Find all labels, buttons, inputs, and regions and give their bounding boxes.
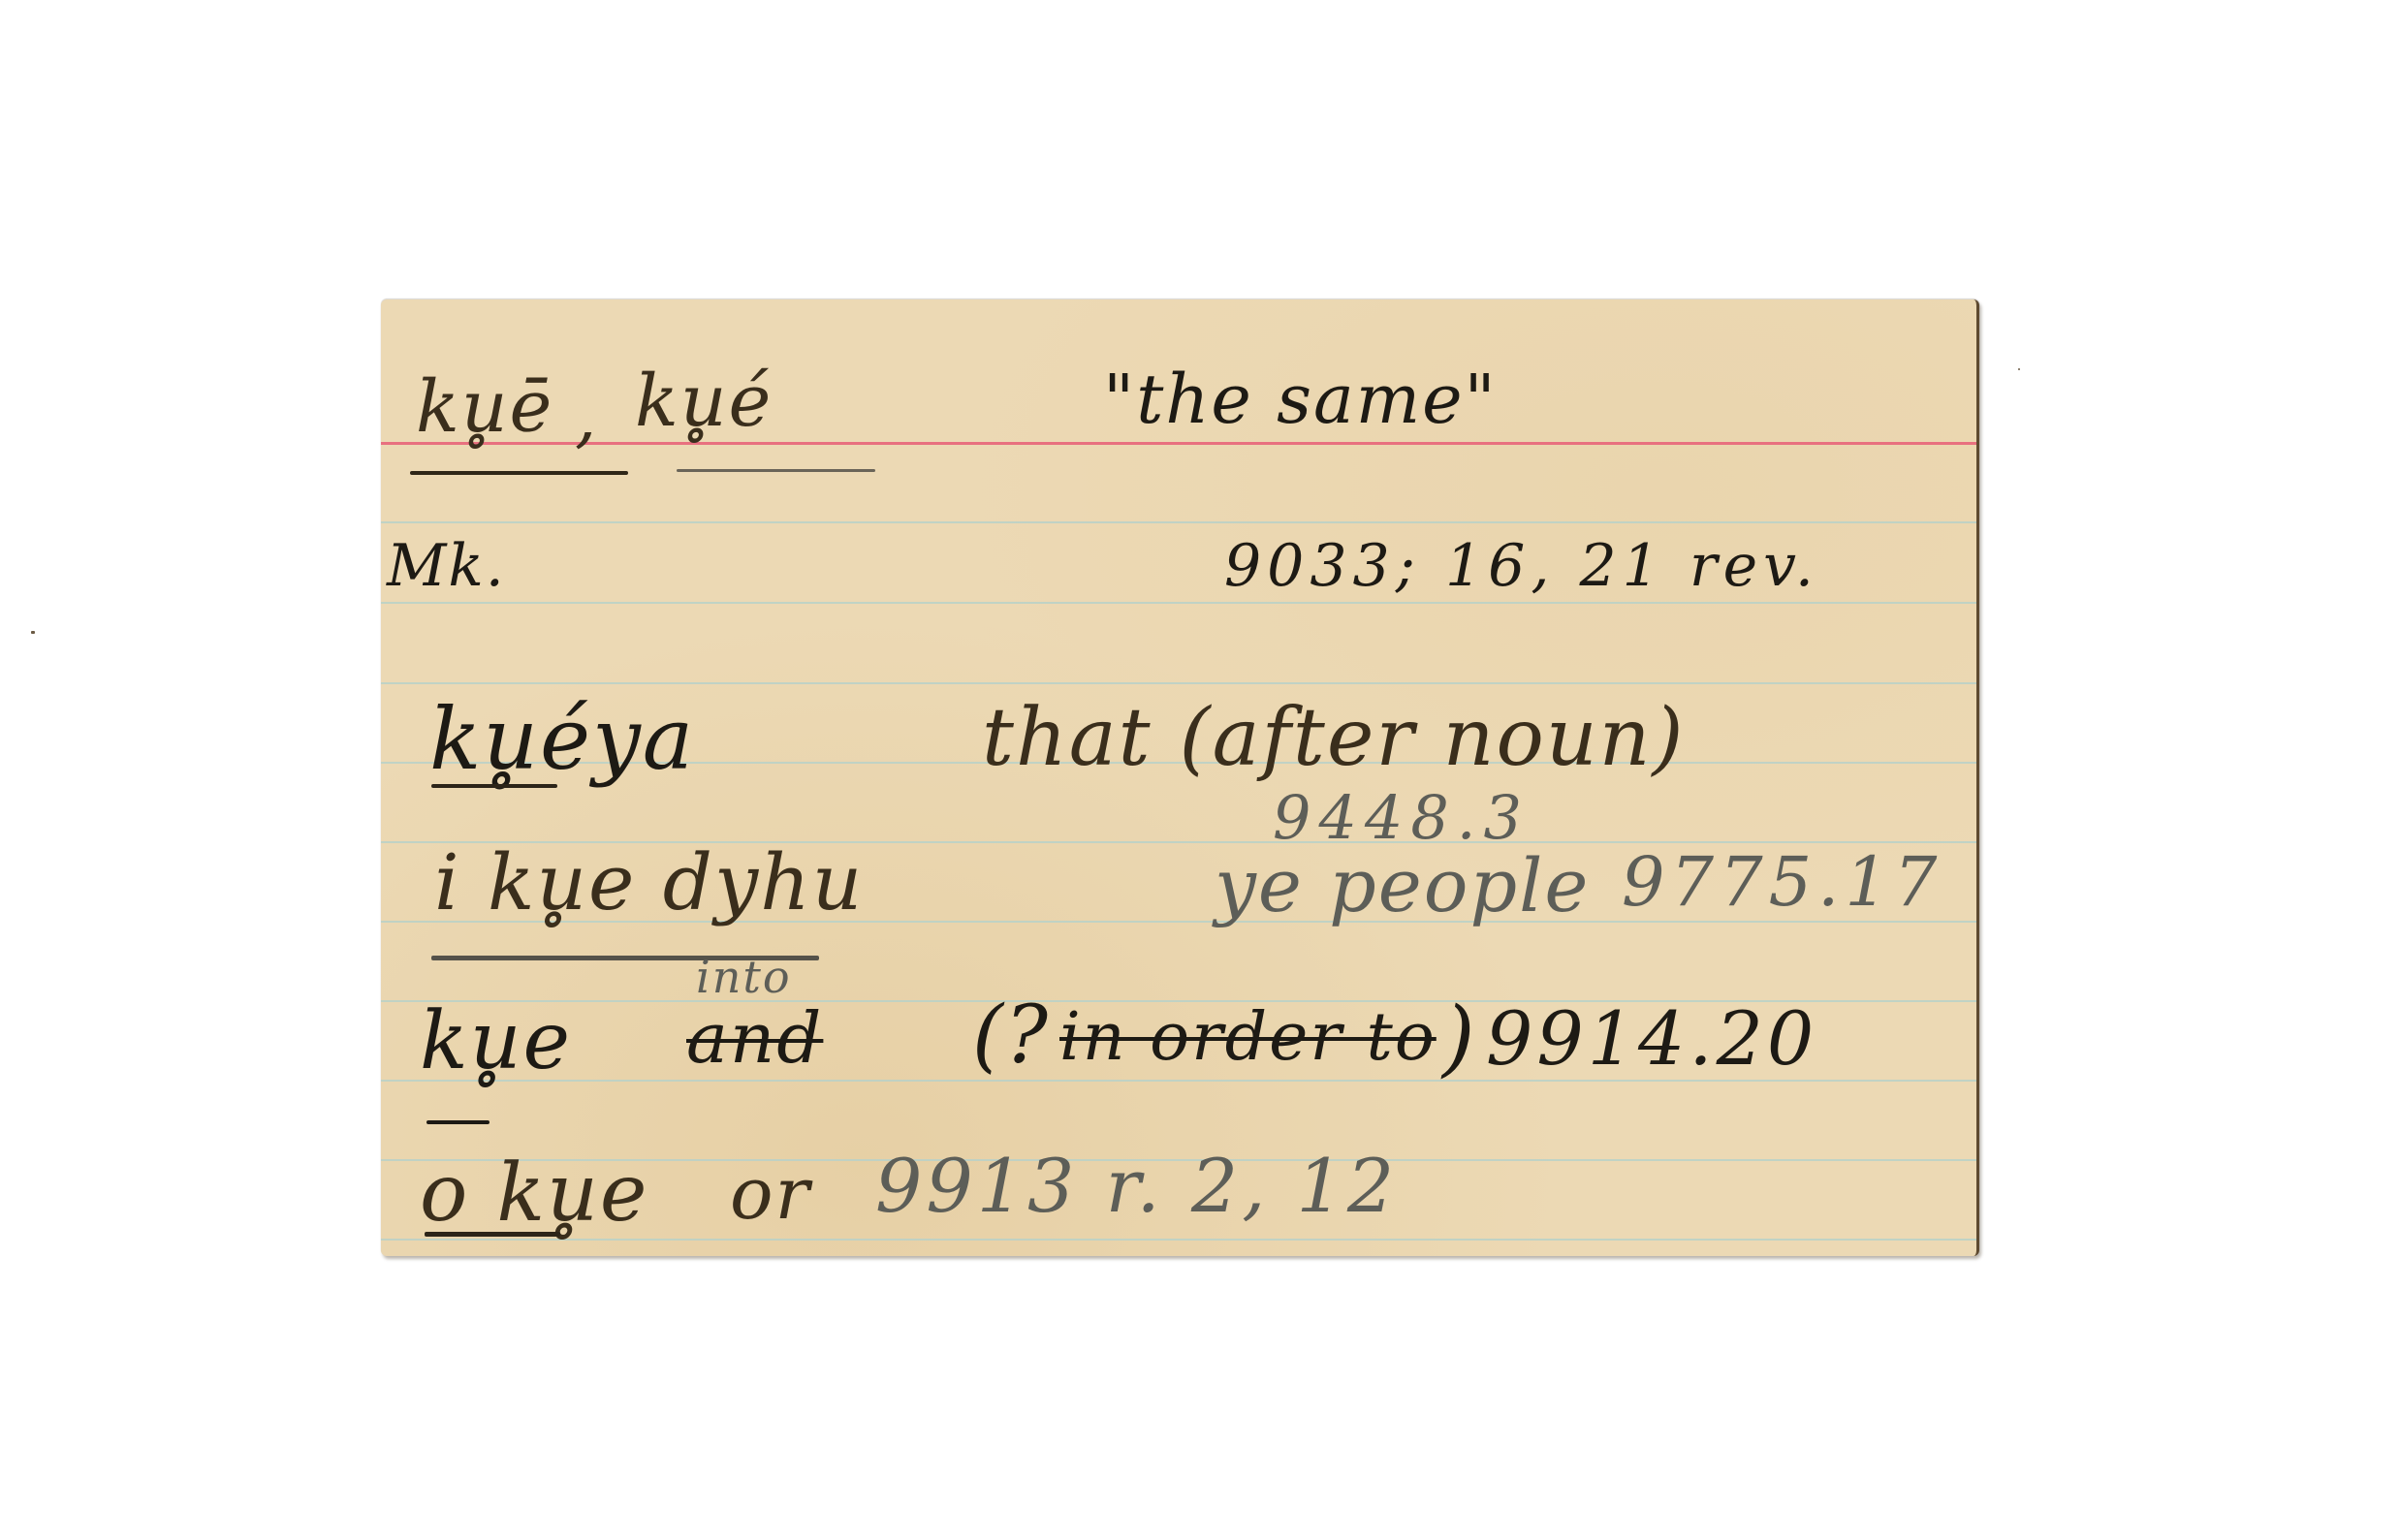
headword-1: ku̥ē — [416, 365, 553, 449]
entry-term: o ku̥e — [420, 1147, 648, 1240]
entry-struck-word: and — [686, 997, 823, 1079]
ruled-line — [381, 521, 1976, 523]
headword-separator: , — [575, 377, 598, 456]
index-card: ku̥ē , ku̥é "the same" Mk. 9033; 16, 21 … — [381, 299, 1979, 1256]
entry-insertion: into — [696, 951, 792, 1003]
headword-gloss: "the same" — [1103, 360, 1498, 439]
source-abbrev: Mk. — [387, 532, 506, 600]
entry-reference: 9775.17 — [1622, 842, 1942, 922]
entry-gloss: or — [730, 1152, 811, 1236]
entry-gloss-prefix: (? — [972, 990, 1050, 1082]
dust-speck — [2018, 368, 2020, 370]
header-rule — [381, 442, 1976, 445]
entry-gloss: ye people — [1215, 842, 1590, 928]
dust-speck — [31, 631, 35, 634]
ruled-line — [381, 682, 1976, 684]
source-reference: 9033; 16, 21 rev. — [1224, 532, 1819, 600]
entry-gloss: that (after noun) — [982, 692, 1685, 784]
entry-term: ku̥éya — [429, 689, 695, 789]
headword-2: ku̥é — [635, 360, 773, 443]
entry-reference: 9914.20 — [1486, 995, 1817, 1082]
underline — [410, 471, 628, 475]
underline — [431, 784, 557, 788]
entry-gloss-suffix: ) — [1442, 990, 1477, 1086]
ruled-line — [381, 602, 1976, 604]
underline — [426, 1120, 489, 1124]
entry-term: ku̥e — [420, 995, 572, 1087]
entry-term: i ku̥e dyhu — [434, 837, 864, 927]
entry-reference: 9913 r. 2, 12 — [875, 1143, 1398, 1229]
entry-struck-gloss: in order to — [1059, 999, 1437, 1076]
underline — [677, 469, 875, 472]
underline — [425, 1232, 560, 1237]
